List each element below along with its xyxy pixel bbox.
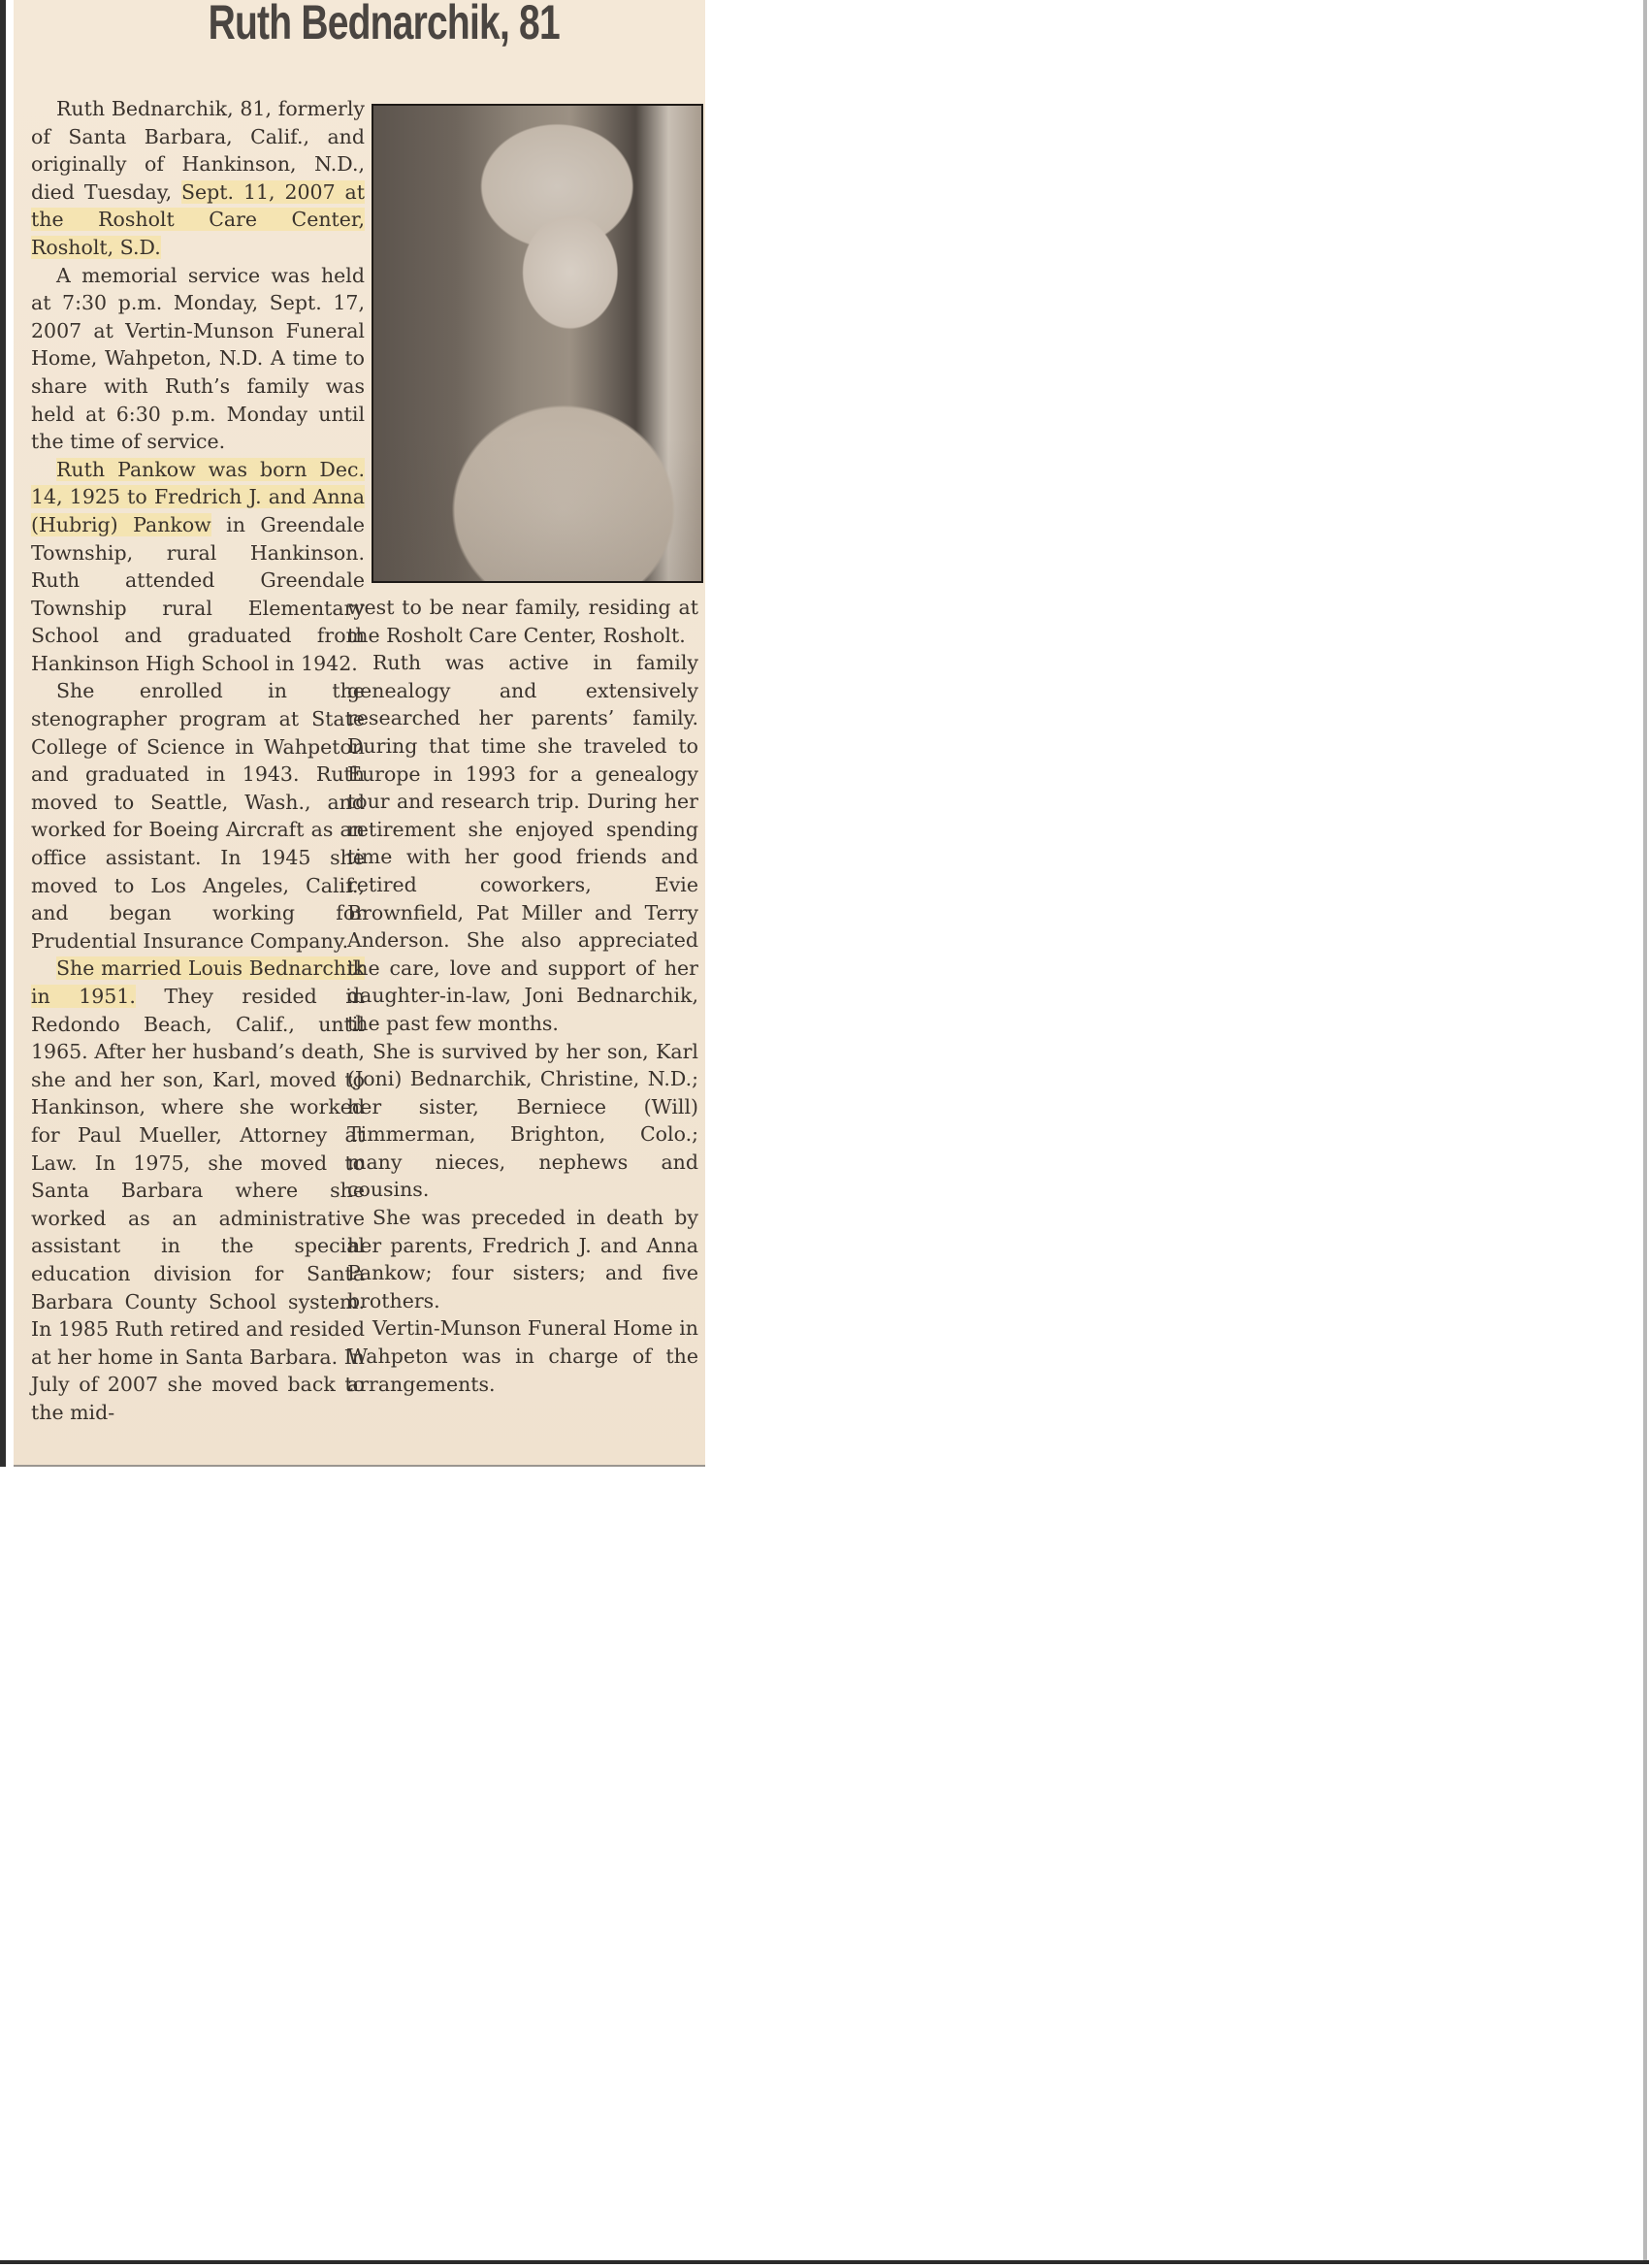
paragraph-arrangements: Vertin-Munson Funeral Home in Wahpeton w…: [347, 1314, 698, 1398]
paragraph-preceded: She was preceded in death by her parents…: [347, 1204, 698, 1314]
text-segment: She enrolled in the stenographer program…: [31, 679, 365, 952]
paragraph-death-notice: Ruth Bednarchik, 81, formerly of Santa B…: [31, 95, 365, 262]
article-column-right: west to be near family, residing at the …: [347, 594, 698, 1398]
paragraph-genealogy: Ruth was active in family genealogy and …: [347, 649, 698, 1037]
paragraph-survivors: She is survived by her son, Karl (Joni) …: [347, 1038, 698, 1205]
paragraph-marriage: She married Louis Bednarchik in 1951. Th…: [31, 955, 365, 1426]
paragraph-birth: Ruth Pankow was born Dec. 14, 1925 to Fr…: [31, 456, 365, 678]
photo-shading: [373, 438, 701, 581]
scanner-edge-left: [0, 0, 6, 1467]
text-segment: They resided in Redondo Beach, Calif., u…: [31, 985, 365, 1424]
obituary-headline: Ruth Bednarchik, 81: [209, 0, 557, 50]
portrait-photo: [372, 104, 703, 583]
text-segment: in Greendale Township, rural Hankinson. …: [31, 513, 365, 675]
paragraph-education-career: She enrolled in the stenographer program…: [31, 677, 365, 955]
paragraph-memorial-service: A memorial service was held at 7:30 p.m.…: [31, 262, 365, 456]
article-column-left: Ruth Bednarchik, 81, formerly of Santa B…: [31, 95, 365, 1427]
text-segment: A memorial service was held at 7:30 p.m.…: [31, 264, 365, 454]
scanner-edge-bottom: [0, 2260, 1649, 2264]
scanner-edge-right: [1643, 0, 1647, 2260]
paragraph-continuation: west to be near family, residing at the …: [347, 594, 698, 649]
